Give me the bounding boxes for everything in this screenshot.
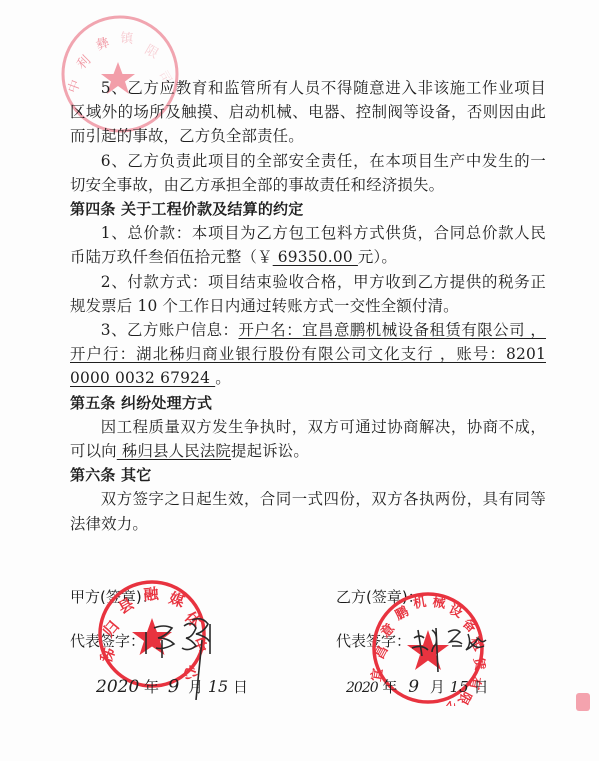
total-price-paragraph: 1、总价款：本项目为乙方包工包料方式供货，合同总价款人民币陆万玖仟叁佰伍拾元整（… [70,221,546,269]
account-info-label: 3、乙方账户信息： [101,321,239,339]
clause-6-paragraph: 6、乙方负责此项目的全部安全责任，在本项目生产中发生的一切安全事故，由乙方承担全… [70,149,546,197]
total-price-suffix: 元）。 [358,248,397,266]
article-5-heading: 第五条 纠纷处理方式 [70,391,546,415]
party-a-date-month: 9 [168,676,179,697]
corner-stamp-icon [576,693,590,711]
account-info-suffix: 。 [215,369,231,387]
svg-text:司: 司 [425,702,444,706]
party-a-rep-label: 代表签字： [70,630,145,651]
document-page: 中 利 彝 镇 限 司 5、乙方应教育和监管所有人员不得随意进入非该施工作业项目… [0,0,599,761]
account-info-paragraph: 3、乙方账户信息：开户名：宜昌意鹏机械设备租赁有限公司 ， 开户行：湖北秭归商业… [70,318,546,391]
party-b-date-month: 9 [408,677,419,697]
svg-text:利: 利 [74,52,95,73]
clause-5-paragraph: 5、乙方应教育和监管所有人员不得随意进入非该施工作业项目区域外的场所及触摸、启动… [70,76,546,149]
payment-method-paragraph: 2、付款方式：项目结束验收合格，甲方收到乙方提供的税务正规发票后 10 个工作日… [70,270,546,318]
party-b-date: 2020 年 9 月 15 日 [346,676,489,697]
svg-text:限: 限 [142,42,161,61]
party-b-date-year: 2020 [346,680,378,696]
party-b-date-day-unit: 日 [474,678,489,696]
svg-text:械: 械 [431,594,447,612]
svg-text:设: 设 [446,601,465,621]
party-b-date-month-unit: 月 [430,678,445,696]
party-a-date-day-unit: 日 [233,678,248,696]
svg-text:赁: 赁 [470,655,486,673]
effectiveness-paragraph: 双方签字之日起生效，合同一式四份，双方各执两份，具有同等法律效力。 [70,487,546,535]
party-a-date-year-unit: 年 [144,678,159,696]
total-price-amount: 69350.00 [273,248,358,266]
svg-text:体: 体 [181,608,204,631]
party-b-signature-icon [410,620,490,680]
party-b-date-day: 15 [450,678,469,696]
svg-text:彝: 彝 [94,35,111,54]
svg-text:公: 公 [439,697,459,706]
contract-body: 5、乙方应教育和监管所有人员不得随意进入非该施工作业项目区域外的场所及触摸、启动… [70,76,546,536]
party-a-date-day: 15 [208,677,228,696]
svg-text:中: 中 [188,635,208,655]
court-name: 秭归县人民法院 [117,442,231,460]
svg-text:镇: 镇 [120,30,135,47]
party-a-date-year: 2020 [96,677,139,697]
party-a-seal-label: 甲方(签章)： [70,586,157,607]
party-a-date: 2020 年 9 月 15 日 [96,676,248,697]
party-a-date-month-unit: 月 [188,678,203,696]
party-b-rep-label: 代表签字： [336,630,411,651]
svg-text:媒: 媒 [167,589,188,611]
article-4-heading: 第四条 关于工程价款及结算的约定 [70,197,546,221]
dispute-suffix: 提起诉讼。 [231,442,309,460]
party-b-seal-label: 乙方(签章)： [336,586,423,607]
dispute-paragraph: 因工程质量双方发生争执时，双方可通过协商解决，协商不成，可以向 秭归县人民法院提… [70,415,546,463]
svg-text:备: 备 [459,615,479,636]
party-b-date-year-unit: 年 [382,678,397,696]
article-6-heading: 第六条 其它 [70,463,546,487]
svg-text:租: 租 [466,634,486,654]
